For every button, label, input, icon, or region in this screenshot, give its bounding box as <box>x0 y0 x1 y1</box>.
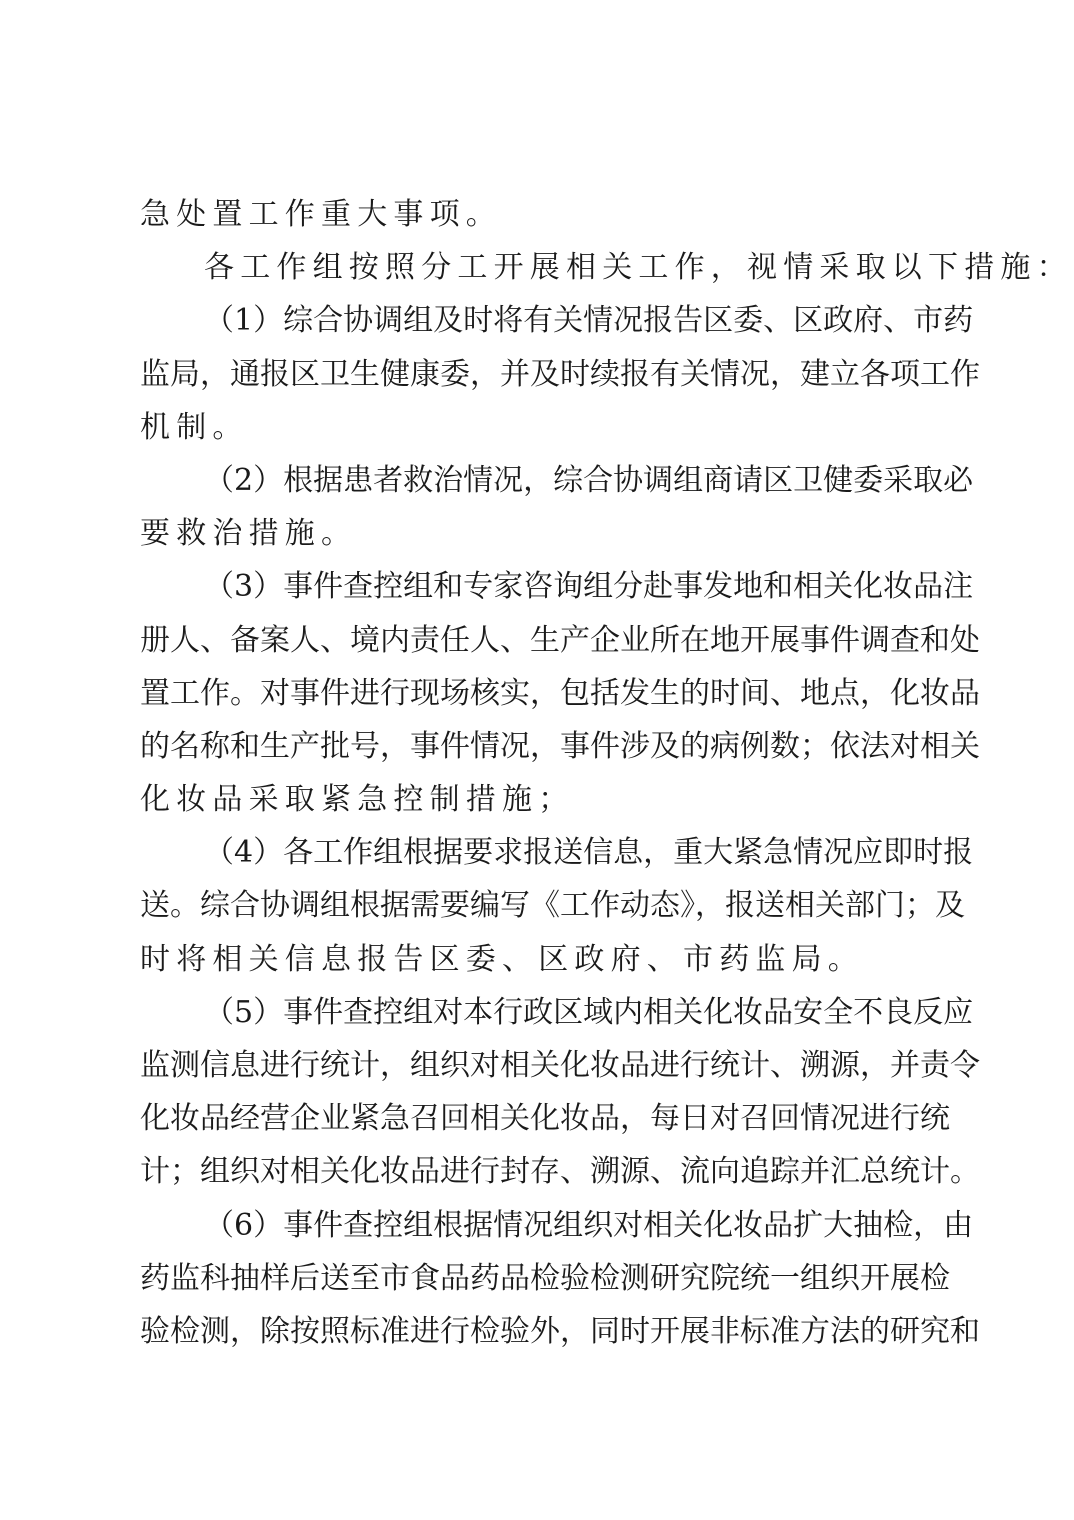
paragraph-item-1-line: 机制。 <box>140 401 940 454</box>
text-line: 药监科抽样后送至市食品药品检验检测研究院统一组织开展检 <box>140 1252 940 1305</box>
text-line: 各工作组按照分工开展相关工作，视情采取以下措施： <box>204 241 940 294</box>
paragraph-item-3: （3）事件查控组和专家咨询组分赴事发地和相关化妆品注 <box>140 560 940 613</box>
paragraph-continuation: 急处置工作重大事项。 <box>140 188 940 241</box>
text-line: （4）各工作组根据要求报送信息，重大紧急情况应即时报 <box>204 826 940 879</box>
paragraph-item-4-line: 送。综合协调组根据需要编写《工作动态》，报送相关部门；及 <box>140 879 940 932</box>
text-line: （6）事件查控组根据情况组织对相关化妆品扩大抽检，由 <box>204 1199 940 1252</box>
text-line: （1）综合协调组及时将有关情况报告区委、区政府、市药 <box>204 294 940 347</box>
text-line: 要救治措施。 <box>140 507 940 560</box>
paragraph-intro: 各工作组按照分工开展相关工作，视情采取以下措施： <box>140 241 940 294</box>
paragraph-item-2-line: 要救治措施。 <box>140 507 940 560</box>
text-line: 监测信息进行统计，组织对相关化妆品进行统计、溯源，并责令 <box>140 1039 940 1092</box>
text-line: 化妆品经营企业紧急召回相关化妆品，每日对召回情况进行统 <box>140 1092 940 1145</box>
paragraph-item-6: （6）事件查控组根据情况组织对相关化妆品扩大抽检，由 <box>140 1199 940 1252</box>
text-line: 计；组织对相关化妆品进行封存、溯源、流向追踪并汇总统计。 <box>140 1145 940 1198</box>
paragraph-item-3-line: 的名称和生产批号，事件情况，事件涉及的病例数；依法对相关 <box>140 720 940 773</box>
text-line: （5）事件查控组对本行政区域内相关化妆品安全不良反应 <box>204 986 940 1039</box>
paragraph-item-3-line: 置工作。对事件进行现场核实，包括发生的时间、地点，化妆品 <box>140 667 940 720</box>
paragraph-item-5: （5）事件查控组对本行政区域内相关化妆品安全不良反应 <box>140 986 940 1039</box>
paragraph-item-1: （1）综合协调组及时将有关情况报告区委、区政府、市药 <box>140 294 940 347</box>
document-page: 急处置工作重大事项。 各工作组按照分工开展相关工作，视情采取以下措施： （1）综… <box>140 188 940 1358</box>
paragraph-item-5-line: 计；组织对相关化妆品进行封存、溯源、流向追踪并汇总统计。 <box>140 1145 940 1198</box>
text-line: （3）事件查控组和专家咨询组分赴事发地和相关化妆品注 <box>204 560 940 613</box>
text-line: 急处置工作重大事项。 <box>140 188 940 241</box>
paragraph-item-5-line: 化妆品经营企业紧急召回相关化妆品，每日对召回情况进行统 <box>140 1092 940 1145</box>
paragraph-item-5-line: 监测信息进行统计，组织对相关化妆品进行统计、溯源，并责令 <box>140 1039 940 1092</box>
paragraph-item-3-line: 化妆品采取紧急控制措施； <box>140 773 940 826</box>
paragraph-item-3-line: 册人、备案人、境内责任人、生产企业所在地开展事件调查和处 <box>140 614 940 667</box>
paragraph-item-1-line: 监局，通报区卫生健康委，并及时续报有关情况，建立各项工作 <box>140 348 940 401</box>
text-line: 验检测，除按照标准进行检验外，同时开展非标准方法的研究和 <box>140 1305 940 1358</box>
text-line: （2）根据患者救治情况，综合协调组商请区卫健委采取必 <box>204 454 940 507</box>
text-line: 送。综合协调组根据需要编写《工作动态》，报送相关部门；及 <box>140 879 940 932</box>
paragraph-item-4-line: 时将相关信息报告区委、区政府、市药监局。 <box>140 933 940 986</box>
text-line: 化妆品采取紧急控制措施； <box>140 773 940 826</box>
paragraph-item-2: （2）根据患者救治情况，综合协调组商请区卫健委采取必 <box>140 454 940 507</box>
text-line: 的名称和生产批号，事件情况，事件涉及的病例数；依法对相关 <box>140 720 940 773</box>
text-line: 时将相关信息报告区委、区政府、市药监局。 <box>140 933 940 986</box>
paragraph-item-6-line: 验检测，除按照标准进行检验外，同时开展非标准方法的研究和 <box>140 1305 940 1358</box>
paragraph-item-6-line: 药监科抽样后送至市食品药品检验检测研究院统一组织开展检 <box>140 1252 940 1305</box>
text-line: 册人、备案人、境内责任人、生产企业所在地开展事件调查和处 <box>140 614 940 667</box>
paragraph-item-4: （4）各工作组根据要求报送信息，重大紧急情况应即时报 <box>140 826 940 879</box>
text-line: 机制。 <box>140 401 940 454</box>
text-line: 监局，通报区卫生健康委，并及时续报有关情况，建立各项工作 <box>140 348 940 401</box>
text-line: 置工作。对事件进行现场核实，包括发生的时间、地点，化妆品 <box>140 667 940 720</box>
